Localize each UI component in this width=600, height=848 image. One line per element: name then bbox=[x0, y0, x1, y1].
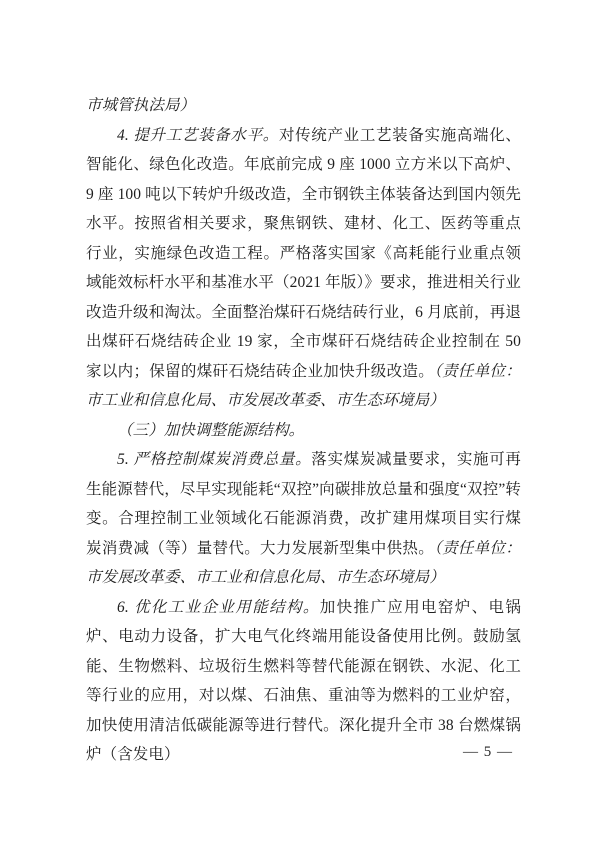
paragraph-5: 5. 严格控制煤炭消费总量。落实煤炭减量要求，实施可再生能源替代，尽早实现能耗“… bbox=[86, 445, 521, 593]
section-heading-3-text: （三）加快调整能源结构。 bbox=[117, 422, 304, 439]
paragraph-6-lead: 6. 优化工业企业用能结构。 bbox=[117, 599, 320, 616]
paragraph-6: 6. 优化工业企业用能结构。加快推广应用电窑炉、电锅炉、电动力设备，扩大电气化终… bbox=[86, 593, 521, 770]
paragraph-5-lead: 5. 严格控制煤炭消费总量。 bbox=[117, 451, 311, 468]
paragraph-4: 4. 提升工艺装备水平。对传统产业工艺装备实施高端化、智能化、绿色化改造。年底前… bbox=[86, 121, 521, 416]
paragraph-4-lead: 4. 提升工艺装备水平。 bbox=[117, 127, 279, 144]
continuation-text: 市城管执法局） bbox=[86, 97, 195, 114]
paragraph-continuation: 市城管执法局） bbox=[86, 91, 521, 121]
document-page: 市城管执法局） 4. 提升工艺装备水平。对传统产业工艺装备实施高端化、智能化、绿… bbox=[0, 0, 600, 848]
document-body: 市城管执法局） 4. 提升工艺装备水平。对传统产业工艺装备实施高端化、智能化、绿… bbox=[86, 91, 521, 770]
paragraph-4-body: 对传统产业工艺装备实施高端化、智能化、绿色化改造。年底前完成 9 座 1000 … bbox=[86, 127, 521, 380]
section-heading-3: （三）加快调整能源结构。 bbox=[86, 416, 521, 446]
page-number-text: — 5 — bbox=[463, 744, 513, 760]
page-number: — 5 — bbox=[86, 744, 521, 761]
paragraph-6-body: 加快推广应用电窑炉、电锅炉、电动力设备，扩大电气化终端用能设备使用比例。鼓励氢能… bbox=[86, 599, 521, 764]
